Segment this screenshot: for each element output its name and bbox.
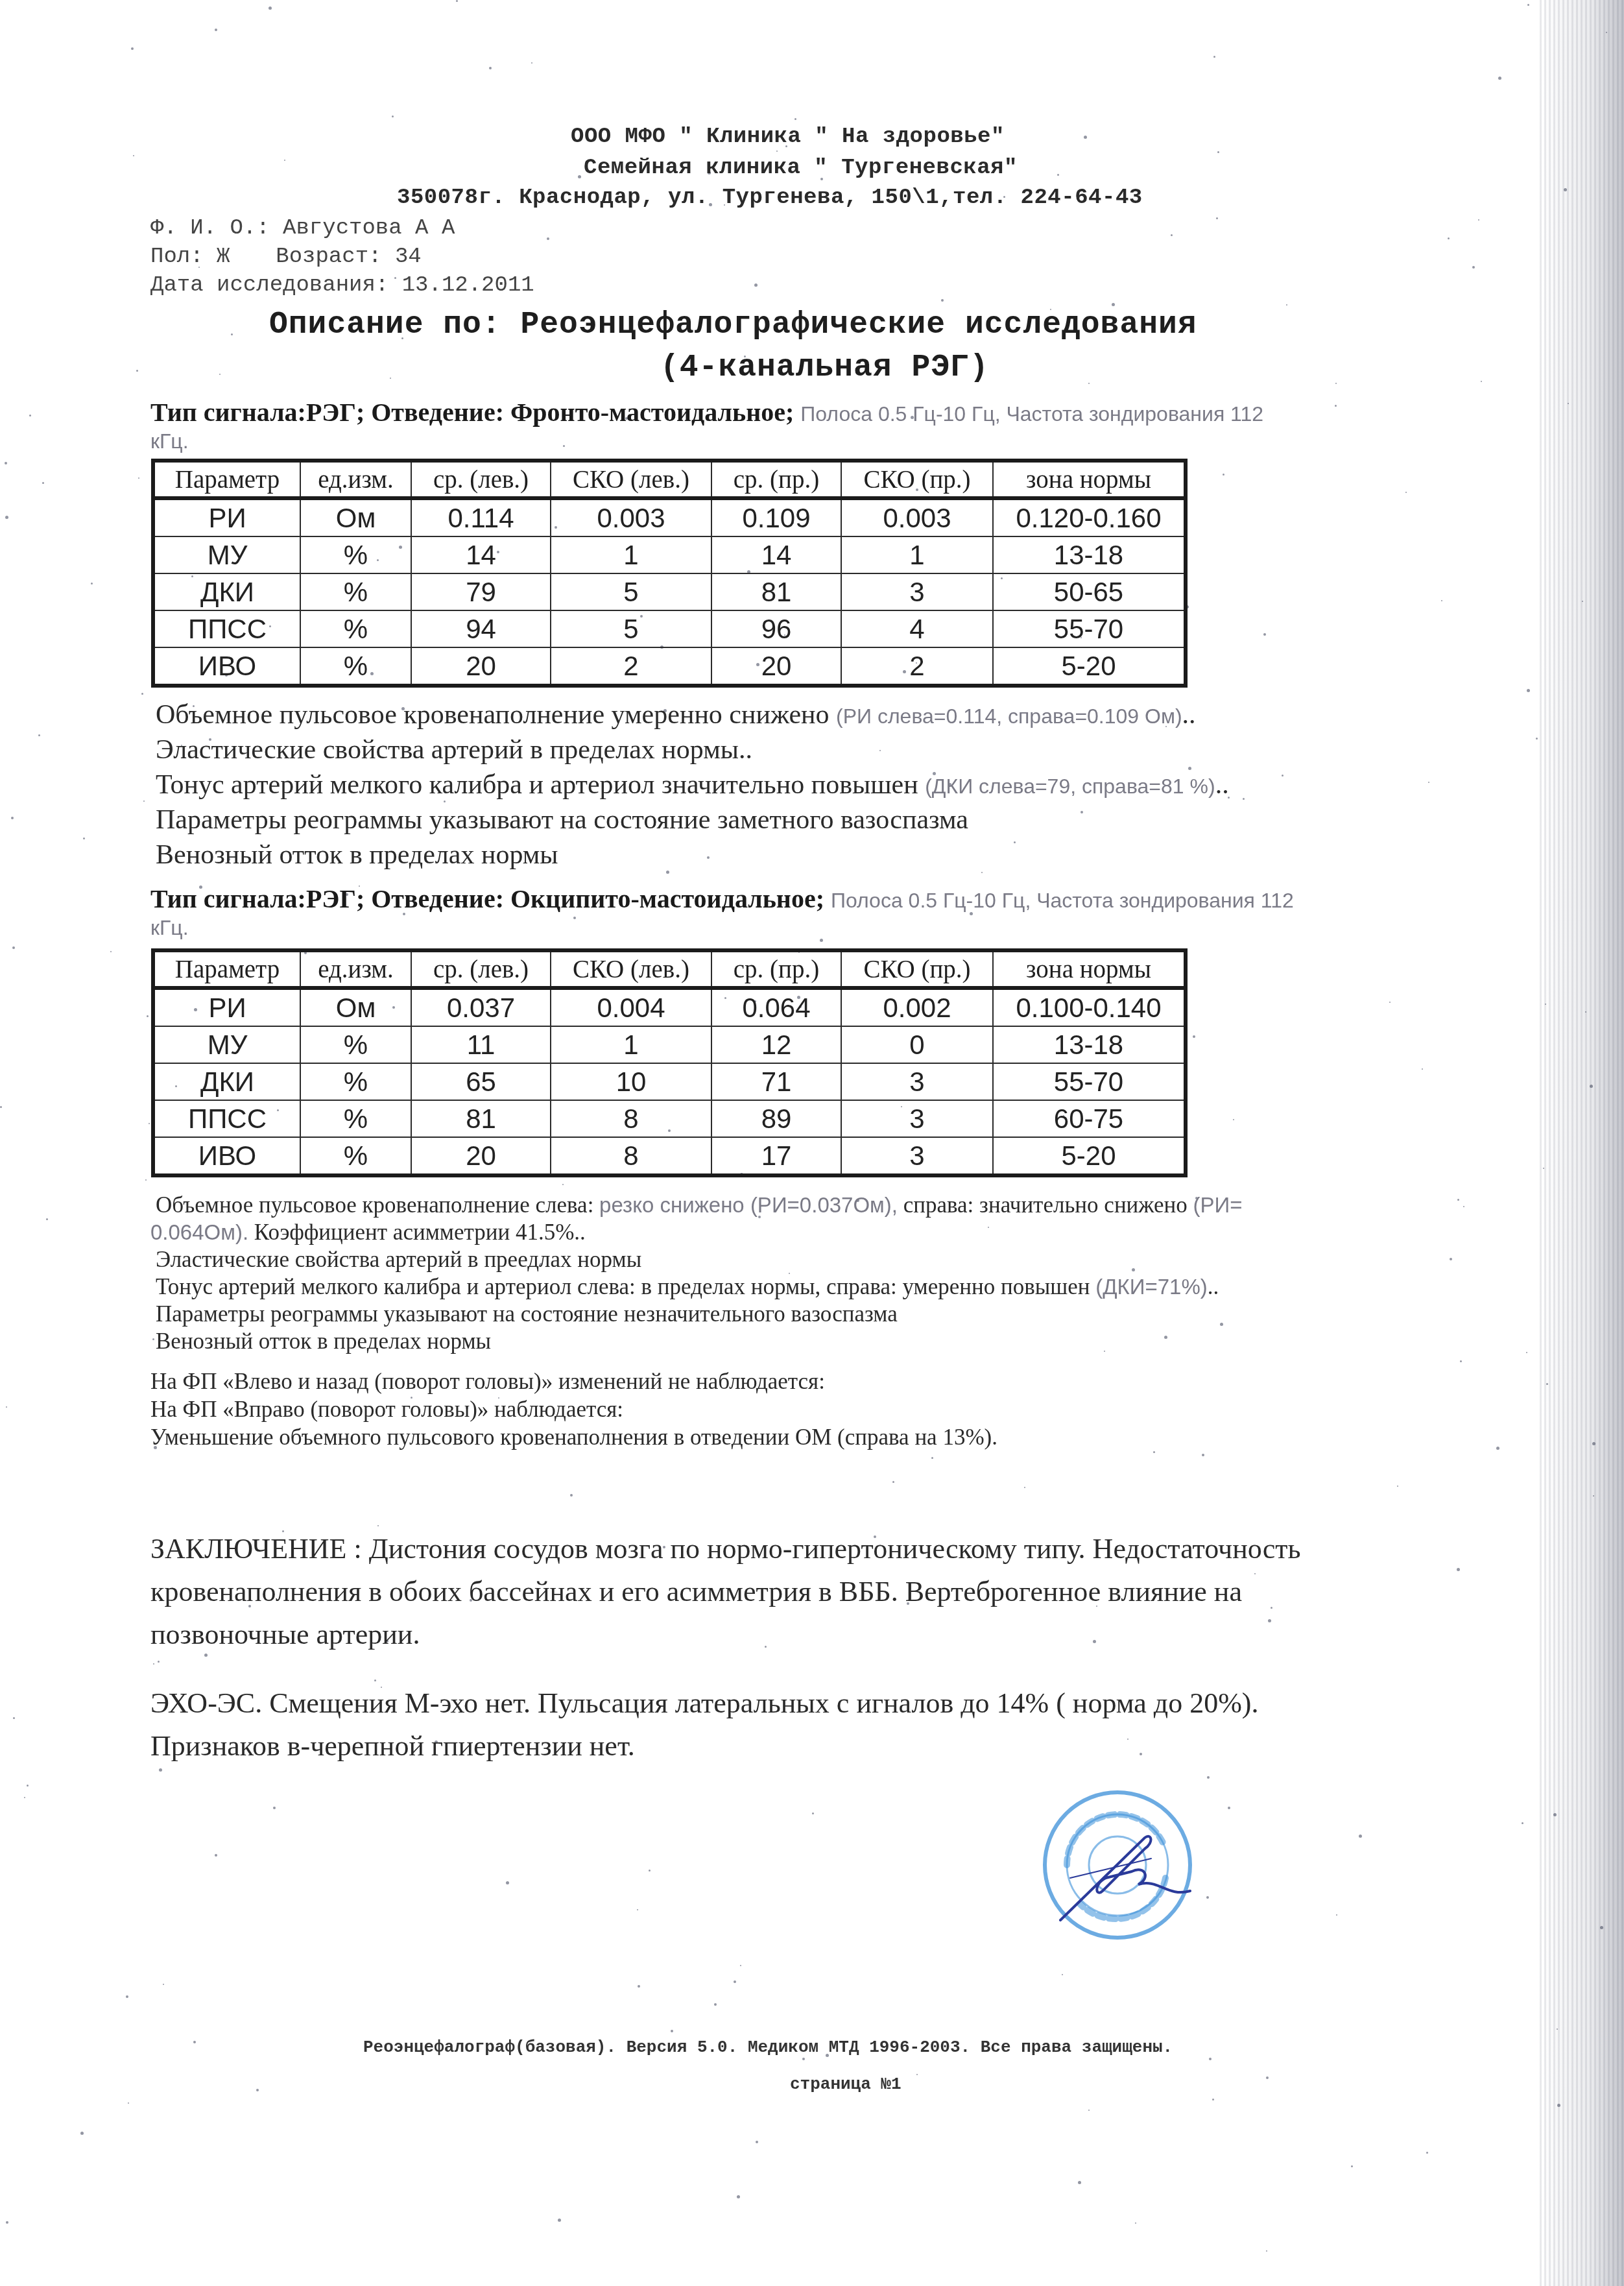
scan-speck [1335, 405, 1337, 407]
finding-text: Объемное пульсовое кровенаполнение умере… [156, 700, 830, 730]
table-cell: % [300, 573, 411, 610]
scan-speck [256, 2089, 259, 2091]
table-cell: 71 [711, 1063, 841, 1100]
finding-line: Объемное пульсовое кровенаполнение слева… [156, 1192, 1243, 1218]
table-cell: 5-20 [993, 647, 1186, 686]
scan-speck [141, 693, 143, 695]
parameter-name: ИВО [153, 1137, 300, 1175]
table-cell: 55-70 [993, 1063, 1186, 1100]
echo-line: ЭХО-ЭС. Смещения М-эхо нет. Пульсация ла… [150, 1682, 1259, 1725]
table-cell: 8 [551, 1137, 711, 1175]
scan-speck [1216, 217, 1218, 219]
scan-speck [794, 118, 796, 120]
scan-speck [1078, 2181, 1081, 2184]
scan-speck [570, 1494, 573, 1497]
finding-note: резко снижено (РИ=0.037Ом), [599, 1193, 898, 1217]
scan-speck [714, 2003, 717, 2006]
finding-tail: .. [1215, 770, 1229, 800]
scan-speck [1088, 383, 1090, 384]
table-cell: 96 [711, 610, 841, 647]
patient-name-row: Ф. И. О.: Августова А А [150, 216, 455, 241]
column-header: ср. (лев.) [411, 950, 551, 988]
scan-speck [707, 856, 710, 859]
scan-speck [138, 477, 139, 479]
scan-speck [42, 482, 44, 484]
column-header: зона нормы [993, 950, 1186, 988]
table-cell: 89 [711, 1100, 841, 1137]
scan-speck [506, 1881, 509, 1884]
scan-speck [163, 1984, 164, 1985]
column-header: СКО (лев.) [551, 461, 711, 498]
scan-speck [1153, 1451, 1155, 1453]
scan-speck [1405, 492, 1407, 493]
table-row: МУ%14114113-18 [153, 536, 1186, 573]
scan-speck [1389, 1002, 1391, 1003]
table-cell: 0.120-0.160 [993, 498, 1186, 536]
scan-speck [547, 237, 549, 240]
table-cell: % [300, 536, 411, 573]
table-cell: % [300, 1026, 411, 1063]
scan-speck [1472, 266, 1475, 269]
column-header: ед.изм. [300, 461, 411, 498]
table-cell: 13-18 [993, 536, 1186, 573]
table-row: РИОм0.0370.0040.0640.0020.100-0.140 [153, 988, 1186, 1026]
scan-speck [149, 1123, 150, 1124]
scan-speck [1206, 1896, 1209, 1899]
scan-speck [1213, 56, 1215, 58]
scan-speck [6, 1406, 7, 1408]
scan-speck [1593, 1495, 1594, 1497]
scan-speck [5, 516, 8, 519]
table-cell: 0 [841, 1026, 993, 1063]
scan-speck [1441, 600, 1442, 601]
finding-line: Тонус артерий мелкого калибра и артериол… [156, 1274, 1219, 1300]
scan-speck [638, 1985, 640, 1988]
scan-speck [153, 1663, 154, 1665]
parameter-name: РИ [153, 988, 300, 1026]
scan-speck [1243, 798, 1245, 800]
column-header: ед.изм. [300, 950, 411, 988]
scan-speck [820, 939, 823, 942]
scan-speck [1266, 2250, 1267, 2252]
parameter-name: ППСС [153, 610, 300, 647]
conclusion-line: ЗАКЛЮЧЕНИЕ : Дистония сосудов мозга по н… [150, 1528, 1301, 1570]
scan-speck [1564, 188, 1567, 191]
scan-speck [1478, 219, 1479, 221]
clinic-name: ООО МФО " Клиника " На здоровье" [571, 125, 1005, 149]
finding-line: Тонус артерий мелкого калибра и артериол… [156, 769, 1229, 800]
scan-speck [666, 871, 669, 874]
scan-speck [802, 2058, 805, 2060]
study-date-value: 13.12.2011 [402, 273, 534, 298]
parameters-table-occipito-mastoid: Параметред.изм.ср. (лев.)СКО (лев.)ср. (… [151, 948, 1188, 1177]
scan-speck [1359, 1835, 1362, 1838]
scan-speck [1536, 738, 1538, 740]
table-cell: 0.004 [551, 988, 711, 1026]
table-cell: 0.109 [711, 498, 841, 536]
table-cell: 3 [841, 1100, 993, 1137]
table-cell: 60-75 [993, 1100, 1186, 1137]
scan-speck [892, 1481, 894, 1483]
column-header: ср. (пр.) [711, 950, 841, 988]
parameter-name: ППСС [153, 1100, 300, 1137]
scan-speck [1207, 1776, 1210, 1779]
table-cell: 65 [411, 1063, 551, 1100]
table-cell: Ом [300, 988, 411, 1026]
column-header: СКО (лев.) [551, 950, 711, 988]
table-header-row: Параметред.изм.ср. (лев.)СКО (лев.)ср. (… [153, 461, 1186, 498]
scan-speck [1088, 2110, 1090, 2111]
scan-speck [215, 29, 217, 31]
table-cell: 12 [711, 1026, 841, 1063]
scan-speck [637, 1909, 638, 1910]
scan-speck [1545, 1004, 1546, 1005]
scan-speck [1585, 1011, 1586, 1013]
scan-speck [1135, 2222, 1136, 2224]
finding-text: Тонус артерий мелкого калибра и артериол… [156, 1274, 1090, 1299]
scan-speck [1481, 381, 1482, 382]
scan-speck [941, 299, 944, 302]
scan-speck [1132, 1268, 1135, 1271]
scan-speck [1422, 1068, 1423, 1070]
parameter-name: МУ [153, 536, 300, 573]
table-row: ДКИ%79581350-65 [153, 573, 1186, 610]
scan-speck [444, 800, 446, 802]
scan-speck [269, 6, 272, 10]
scan-speck [1193, 1035, 1195, 1038]
parameter-name: ДКИ [153, 1063, 300, 1100]
scan-speck [1450, 1258, 1452, 1260]
parameter-name: МУ [153, 1026, 300, 1063]
scan-speck [1463, 1206, 1464, 1207]
scan-speck [219, 374, 221, 375]
signal-label: Тип сигнала:РЭГ; Отведение: Окципито-мас… [150, 884, 824, 913]
patient-name-label: Ф. И. О.: [150, 216, 270, 241]
parameter-name: ДКИ [153, 573, 300, 610]
table-row: ППСС%94596455-70 [153, 610, 1186, 647]
scan-speck [12, 946, 15, 949]
finding-line: 0.064Ом). Коэффициент асимметрии 41.5%.. [150, 1220, 586, 1245]
signal-header-1: Тип сигнала:РЭГ; Отведение: Фронто-масто… [150, 397, 1263, 427]
patient-sex-value: Ж [217, 245, 230, 269]
clinic-address: 350078г. Краснодар, ул. Тургенева, 150\1… [397, 186, 1143, 210]
scan-speck [812, 1812, 814, 1814]
table-cell: 50-65 [993, 573, 1186, 610]
scan-speck [215, 1854, 217, 1857]
scan-speck [1498, 77, 1501, 80]
footer-copyright: Реоэнцефалограф(базовая). Версия 5.0. Ме… [363, 2038, 1173, 2057]
table-cell: % [300, 610, 411, 647]
finding-line: Параметры реограммы указывают на состоян… [156, 1301, 898, 1327]
table-row: ДКИ%651071355-70 [153, 1063, 1186, 1100]
column-header: СКО (пр.) [841, 950, 993, 988]
scan-speck [1081, 811, 1083, 813]
table-cell: 20 [711, 647, 841, 686]
table-cell: % [300, 1100, 411, 1137]
scan-speck [13, 1717, 15, 1719]
page-number: страница №1 [790, 2075, 902, 2094]
table-cell: 20 [411, 647, 551, 686]
scan-speck [1457, 1199, 1459, 1201]
scan-speck [776, 150, 778, 152]
finding-note: (ДКИ слева=79, справа=81 %) [925, 775, 1215, 798]
table-row: ИВО%2081735-20 [153, 1137, 1186, 1175]
functional-test-line: На ФП «Влево и назад (поворот головы)» и… [150, 1369, 825, 1395]
column-header: ср. (лев.) [411, 461, 551, 498]
finding-note: (РИ слева=0.114, справа=0.109 Ом) [836, 704, 1182, 728]
scan-speck [916, 2074, 918, 2075]
finding-text: Коэффициент асимметрии 41.5%.. [254, 1220, 586, 1245]
finding-text: Венозный отток в пределах нормы [156, 840, 558, 870]
conclusion-block: ЗАКЛЮЧЕНИЕ : Дистония сосудов мозга по н… [150, 1528, 1301, 1656]
scan-speck [737, 2195, 740, 2198]
scan-speck [110, 951, 112, 952]
scan-speck [38, 734, 40, 736]
table-cell: 2 [841, 647, 993, 686]
scan-speck [1202, 1454, 1204, 1456]
table-row: ППСС%81889360-75 [153, 1100, 1186, 1137]
scan-speck [1606, 32, 1607, 33]
table-cell: 0.037 [411, 988, 551, 1026]
clinic-subtitle: Семейная клиника " Тургеневская" [584, 156, 1018, 180]
scan-speck [83, 837, 85, 839]
table-cell: 13-18 [993, 1026, 1186, 1063]
echo-block: ЭХО-ЭС. Смещения М-эхо нет. Пульсация ла… [150, 1682, 1259, 1768]
scan-speck [6, 2221, 8, 2224]
scan-speck [29, 415, 31, 416]
scan-speck [1209, 2058, 1212, 2060]
table-cell: 0.114 [411, 498, 551, 536]
finding-tail: .. [1208, 1274, 1219, 1299]
scan-speck [1590, 1085, 1593, 1088]
scan-speck [1335, 383, 1337, 384]
table-row: МУ%11112013-18 [153, 1026, 1186, 1063]
table-cell: 2 [551, 647, 711, 686]
study-date-row: Дата исследования: 13.12.2011 [150, 273, 534, 298]
scan-speck [128, 2102, 129, 2104]
signal-params: Полоса 0.5 Гц-10 Гц, Частота зондировани… [800, 402, 1263, 426]
column-header: СКО (пр.) [841, 461, 993, 498]
scan-speck [1228, 1807, 1230, 1809]
table-cell: 0.002 [841, 988, 993, 1026]
scan-speck [159, 1768, 162, 1772]
scan-speck [562, 1184, 564, 1185]
table-cell: 5 [551, 610, 711, 647]
table-cell: % [300, 1063, 411, 1100]
finding-text: Эластические свойства артерий в пределах… [156, 735, 752, 765]
parameter-name: ИВО [153, 647, 300, 686]
finding-line: Объемное пульсовое кровенаполнение умере… [156, 699, 1196, 730]
patient-name-value: Августова А А [283, 216, 455, 241]
signal-params: Полоса 0.5 Гц-10 Гц, Частота зондировани… [831, 889, 1294, 912]
scan-speck [931, 1457, 933, 1459]
scan-speck [374, 1679, 376, 1681]
scan-speck [80, 2132, 84, 2135]
table-cell: 1 [551, 536, 711, 573]
table-cell: 8 [551, 1100, 711, 1137]
table-header-row: Параметред.изм.ср. (лев.)СКО (лев.)ср. (… [153, 950, 1186, 988]
column-header: ср. (пр.) [711, 461, 841, 498]
scan-speck [649, 1870, 651, 1871]
scan-speck [1220, 1323, 1223, 1326]
scan-speck [1112, 303, 1115, 306]
scan-speck [1286, 304, 1287, 306]
scan-speck [1062, 1974, 1063, 1975]
scan-speck [1233, 1119, 1234, 1120]
scan-speck [1428, 782, 1429, 783]
scan-speck [1212, 2099, 1214, 2100]
scan-speck [1266, 2076, 1269, 2079]
scan-speck [27, 1785, 29, 1787]
table-cell: 14 [411, 536, 551, 573]
scan-speck [0, 1106, 2, 1108]
table-cell: 79 [411, 573, 551, 610]
scan-speck [284, 160, 285, 161]
finding-line: Эластические свойства артерий в преедлах… [156, 1247, 641, 1273]
finding-line: Венозный отток в пределах нормы [156, 1329, 491, 1354]
table-cell: 11 [411, 1026, 551, 1063]
scan-speck [1496, 1447, 1499, 1450]
scan-speck [1582, 601, 1583, 602]
patient-age-label: Возраст: [276, 245, 381, 269]
scan-speck [46, 1218, 48, 1220]
scan-speck [158, 1661, 160, 1663]
conclusion-line: позвоночные артерии. [150, 1613, 1301, 1656]
signal-header-2: Тип сигнала:РЭГ; Отведение: Окципито-мас… [150, 884, 1294, 914]
scan-speck [1024, 1487, 1025, 1488]
scan-speck [11, 817, 14, 819]
scan-speck [563, 445, 565, 447]
scan-speck [152, 1338, 154, 1340]
signal-params-tail: кГц. [150, 429, 189, 453]
scan-speck [1460, 1360, 1462, 1362]
scan-speck [756, 2141, 758, 2143]
scan-speck [1557, 2104, 1560, 2107]
table-cell: 10 [551, 1063, 711, 1100]
scan-speck [1217, 151, 1219, 153]
finding-text: Венозный отток в пределах нормы [156, 1329, 491, 1354]
patient-sex-age-row: Пол: Ж Возраст: 34 [150, 245, 422, 269]
scan-speck [5, 462, 7, 464]
finding-line: Венозный отток в пределах нормы [156, 839, 558, 871]
scan-speck [1282, 775, 1284, 776]
scan-speck [558, 2219, 561, 2222]
table-cell: 0.064 [711, 988, 841, 1026]
scan-speck [1568, 403, 1569, 404]
table-cell: 5-20 [993, 1137, 1186, 1175]
scan-speck [145, 1179, 147, 1181]
scan-speck [1164, 1336, 1167, 1339]
scan-speck [1522, 1822, 1523, 1824]
table-cell: 81 [411, 1100, 551, 1137]
finding-text: Тонус артерий мелкого калибра и артериол… [156, 770, 918, 800]
table-cell: 81 [711, 573, 841, 610]
scan-speck [489, 67, 492, 69]
scan-speck [1336, 1914, 1337, 1916]
table-cell: 20 [411, 1137, 551, 1175]
scan-speck [1104, 1351, 1105, 1352]
echo-line: Признаков в-черепной гпиертензии нет. [150, 1725, 1259, 1768]
table-cell: 4 [841, 610, 993, 647]
patient-age-value: 34 [395, 245, 422, 269]
finding-line: Эластические свойства артерий в пределах… [156, 734, 752, 765]
finding-line: Параметры реограммы указывают на состоян… [156, 804, 968, 836]
scan-speck [740, 1965, 741, 1966]
study-date-label: Дата исследования: [150, 273, 388, 298]
scan-speck [1557, 2028, 1558, 2030]
parameters-table-fronto-mastoid: Параметред.изм.ср. (лев.)СКО (лев.)ср. (… [151, 459, 1188, 688]
scan-speck [143, 800, 145, 802]
scan-speck [377, 1525, 379, 1526]
clinic-stamp [1041, 1787, 1203, 1949]
table-cell: 3 [841, 1137, 993, 1175]
scan-speck [193, 2041, 196, 2043]
scan-speck [1527, 4, 1529, 6]
table-cell: 3 [841, 573, 993, 610]
patient-sex-label: Пол: [150, 245, 204, 269]
finding-tail: .. [1182, 700, 1196, 730]
scan-speck [24, 1797, 25, 1798]
table-cell: Ом [300, 498, 411, 536]
functional-test-line: Уменьшение объемного пульсового кровенап… [150, 1425, 997, 1450]
scan-speck [1543, 1168, 1544, 1169]
scan-speck [133, 155, 134, 156]
scan-speck [147, 1015, 149, 1017]
scan-speck [988, 1227, 989, 1228]
finding-note: (ДКИ=71%) [1095, 1275, 1208, 1299]
scan-speck [879, 750, 881, 751]
table-cell: 1 [551, 1026, 711, 1063]
scan-speck [1351, 2165, 1353, 2167]
finding-text: Параметры реограммы указывают на состоян… [156, 805, 968, 835]
table-cell: % [300, 647, 411, 686]
scan-speck [392, 115, 394, 117]
scan-speck [390, 378, 391, 379]
stamp-icon [1041, 1787, 1203, 1949]
column-header: Параметр [153, 461, 300, 498]
scan-speck [1426, 2152, 1428, 2154]
finding-note: (РИ= [1193, 1193, 1243, 1217]
signal-params-tail: кГц. [150, 916, 189, 940]
scan-speck [131, 47, 134, 50]
scan-speck [126, 1995, 128, 1998]
finding-text: Параметры реограммы указывают на состоян… [156, 1301, 898, 1327]
scan-speck [1014, 841, 1016, 843]
scan-speck [1084, 136, 1087, 139]
finding-text: Объемное пульсовое кровенаполнение слева… [156, 1192, 593, 1218]
scan-speck [273, 1807, 276, 1809]
table-cell: 0.003 [841, 498, 993, 536]
table-cell: 94 [411, 610, 551, 647]
signal-label: Тип сигнала:РЭГ; Отведение: Фронто-масто… [150, 398, 794, 427]
scan-speck [1527, 689, 1530, 692]
table-cell: 0.100-0.140 [993, 988, 1186, 1026]
table-cell: 55-70 [993, 610, 1186, 647]
table-cell: 3 [841, 1063, 993, 1100]
report-title: Описание по: Реоэнцефалографические иссл… [269, 307, 1197, 343]
scan-edge-noise [1540, 0, 1624, 2286]
scan-speck [1526, 1352, 1527, 1353]
scan-speck [91, 583, 93, 584]
scan-speck [1263, 633, 1266, 636]
finding-text: справа: значительно снижено [903, 1192, 1188, 1218]
scan-speck [1553, 1813, 1557, 1816]
report-subtitle: (4-канальная РЭГ) [660, 350, 989, 385]
scan-speck [1457, 1568, 1460, 1571]
scan-speck [456, 0, 458, 2]
finding-note: 0.064Ом). [150, 1220, 248, 1244]
scan-speck [1397, 1486, 1398, 1487]
